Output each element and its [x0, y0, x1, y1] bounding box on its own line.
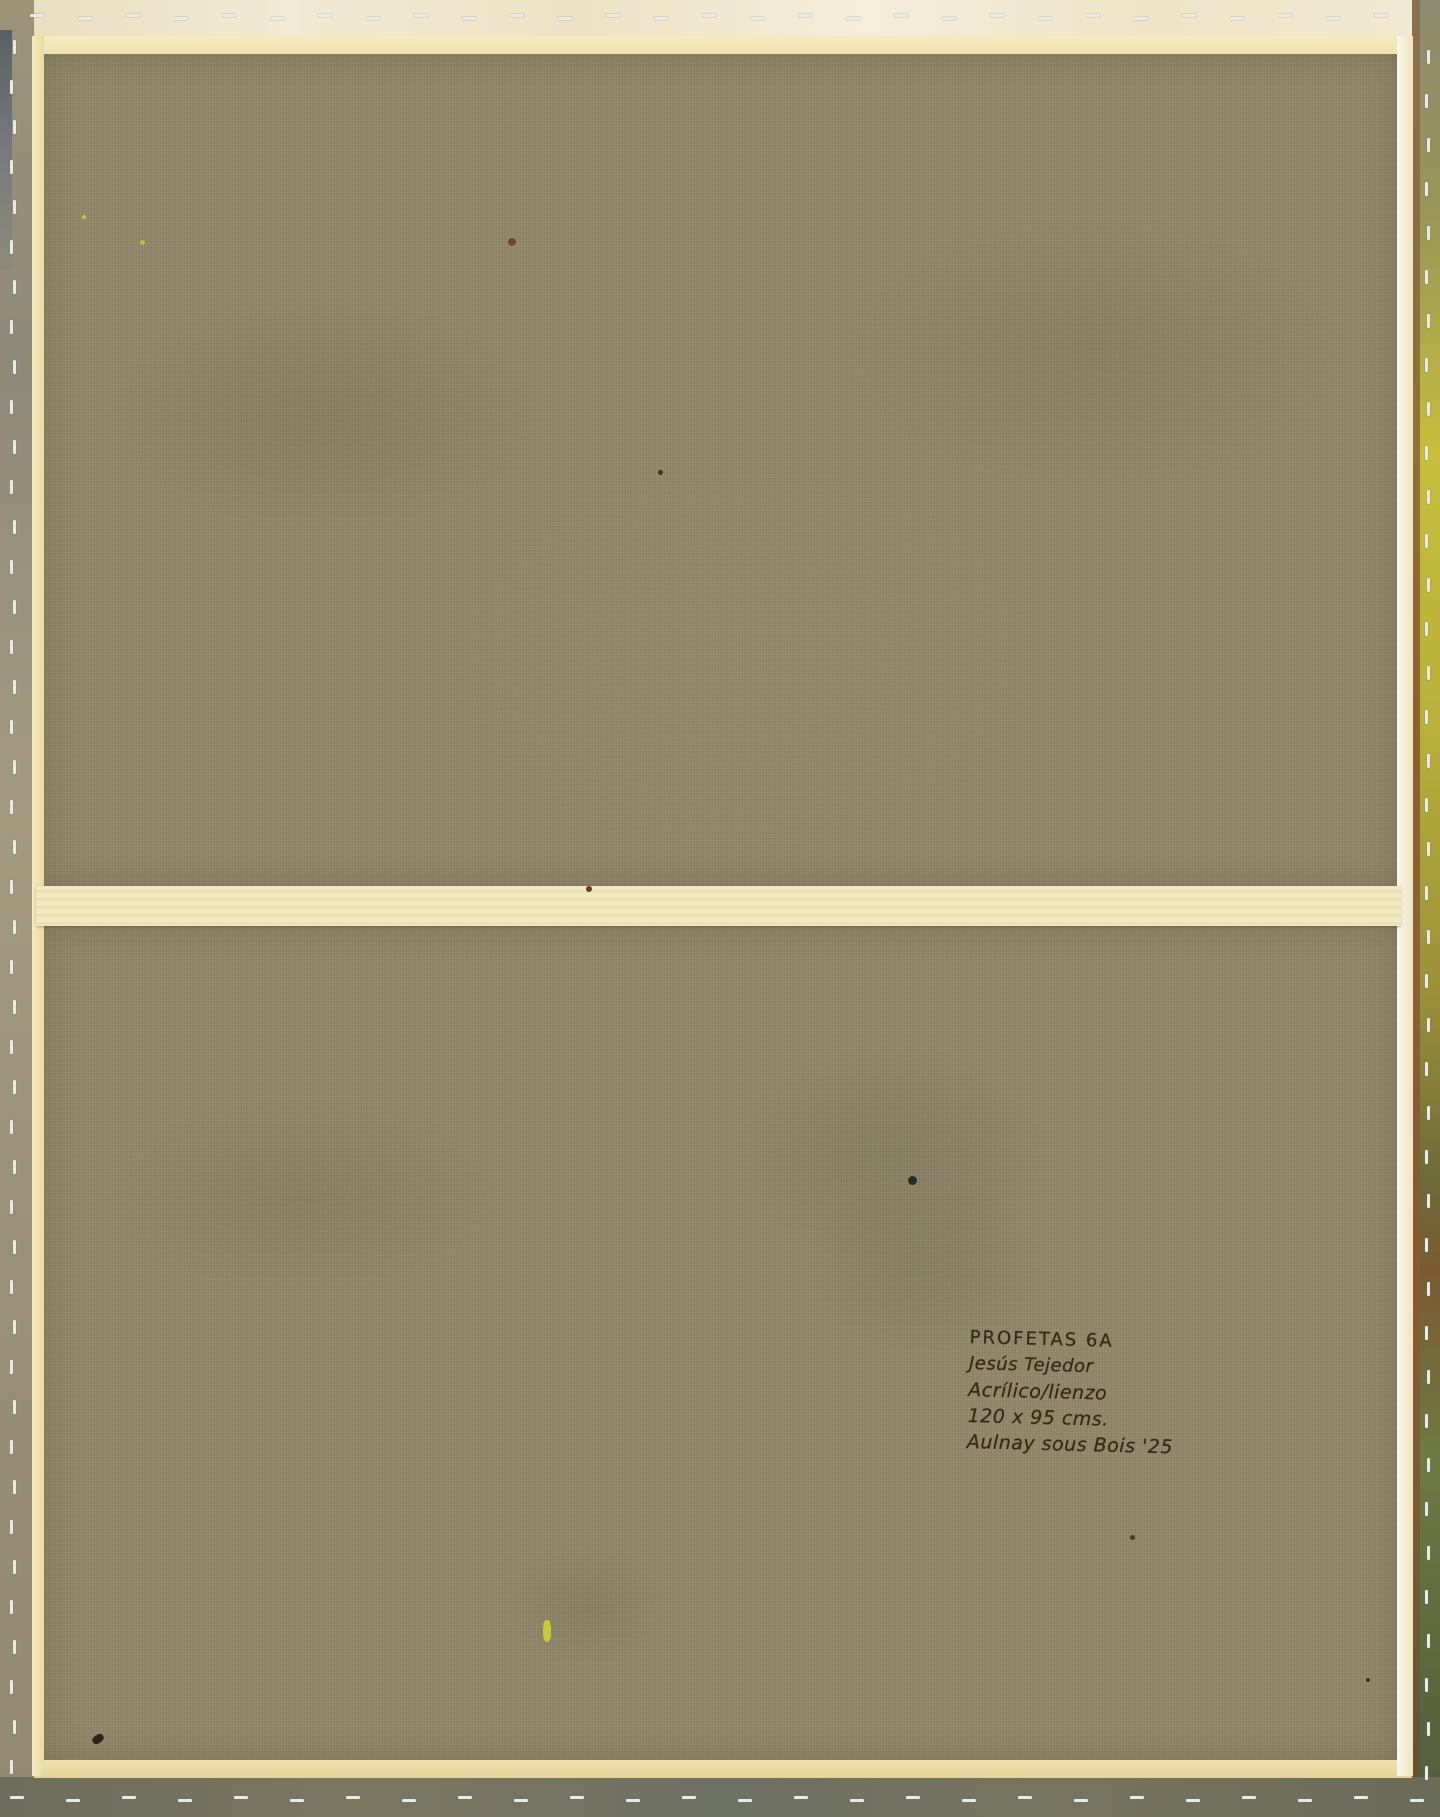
staple [1086, 14, 1100, 17]
staple [290, 1799, 304, 1802]
staple [10, 960, 13, 974]
staple [1427, 1458, 1430, 1472]
staple [1074, 1799, 1088, 1802]
staple [1425, 1238, 1428, 1252]
staple [1425, 1150, 1428, 1164]
staple [13, 200, 16, 214]
staple [78, 17, 92, 20]
staple [1425, 974, 1428, 988]
staple [1427, 138, 1430, 152]
staple [1427, 1722, 1430, 1736]
staple [1427, 314, 1430, 328]
staple [1425, 1766, 1428, 1780]
staple [1230, 17, 1244, 20]
staple [1427, 1282, 1430, 1296]
staple [13, 1240, 16, 1254]
staple [13, 600, 16, 614]
staple [13, 520, 16, 534]
staple [1425, 94, 1428, 108]
staple [13, 840, 16, 854]
staple [1427, 842, 1430, 856]
staple [1425, 358, 1428, 372]
stretcher-bar-top [34, 36, 1412, 54]
staple [10, 1680, 13, 1694]
staple [906, 1796, 920, 1799]
staple [13, 920, 16, 934]
staple [606, 14, 620, 17]
staple [1427, 754, 1430, 768]
staple [626, 1799, 640, 1802]
staple [894, 14, 908, 17]
staple [10, 1520, 13, 1534]
staple [10, 1120, 13, 1134]
staple [738, 1799, 752, 1802]
staple [1427, 930, 1430, 944]
staple [13, 680, 16, 694]
staple [13, 280, 16, 294]
staple [318, 14, 332, 17]
staple [1427, 1546, 1430, 1560]
staple [1425, 1062, 1428, 1076]
handwritten-inscription: PROFETAS 6A Jesús Tejedor Acrílico/lienz… [967, 1325, 1210, 1461]
staple [1427, 226, 1430, 240]
staple [1427, 1370, 1430, 1384]
staple [1427, 666, 1430, 680]
staple [1427, 50, 1430, 64]
staple [850, 1799, 864, 1802]
staple [10, 800, 13, 814]
staple [1130, 1796, 1144, 1799]
staple [10, 480, 13, 494]
staple [13, 40, 16, 54]
staple [30, 14, 44, 17]
staple [13, 1080, 16, 1094]
staple [126, 14, 140, 17]
paint-spot [1130, 1535, 1135, 1540]
staple [514, 1799, 528, 1802]
staple [10, 1200, 13, 1214]
staple [122, 1796, 136, 1799]
staple [1425, 798, 1428, 812]
folded-canvas-edge-top [0, 0, 1440, 36]
staple [178, 1799, 192, 1802]
staple [13, 1480, 16, 1494]
staple [990, 14, 1004, 17]
staple [1182, 14, 1196, 17]
staple [13, 1400, 16, 1414]
staple [1278, 14, 1292, 17]
staple [13, 360, 16, 374]
staple [10, 320, 13, 334]
staple [1427, 1018, 1430, 1032]
paint-spot [82, 215, 86, 219]
staple [10, 160, 13, 174]
folded-canvas-edge-left [0, 0, 34, 1817]
staple [10, 640, 13, 654]
staple [10, 1796, 24, 1799]
staple [402, 1799, 416, 1802]
staple [1425, 182, 1428, 196]
staple [270, 17, 284, 20]
staple [1427, 1106, 1430, 1120]
staple [10, 240, 13, 254]
staple [234, 1796, 248, 1799]
staple [10, 1440, 13, 1454]
staple [794, 1796, 808, 1799]
staple [13, 760, 16, 774]
staple [962, 1799, 976, 1802]
staple [1427, 1194, 1430, 1208]
staple [1425, 886, 1428, 900]
staple [10, 1360, 13, 1374]
staple [846, 17, 860, 20]
staple [1425, 534, 1428, 548]
staple [414, 14, 428, 17]
staple [13, 440, 16, 454]
staple [1425, 1414, 1428, 1428]
staple [1425, 622, 1428, 636]
staple [13, 120, 16, 134]
staple [1425, 1678, 1428, 1692]
paint-spot [586, 886, 592, 892]
canvas-back-photo: PROFETAS 6A Jesús Tejedor Acrílico/lienz… [0, 0, 1440, 1817]
staple [570, 1796, 584, 1799]
staple [1425, 710, 1428, 724]
staple [1354, 1796, 1368, 1799]
staple [13, 1720, 16, 1734]
staple [66, 1799, 80, 1802]
staple [1425, 1590, 1428, 1604]
staple [1410, 1799, 1424, 1802]
staple [1326, 17, 1340, 20]
staple [1427, 402, 1430, 416]
staple [10, 1280, 13, 1294]
paint-spot [908, 1176, 917, 1185]
staple [1427, 1634, 1430, 1648]
staple [13, 1560, 16, 1574]
staple [10, 720, 13, 734]
staple [1298, 1799, 1312, 1802]
paint-spot [658, 470, 663, 475]
folded-canvas-edge-bottom [0, 1777, 1440, 1817]
staple [654, 17, 668, 20]
staple [13, 1160, 16, 1174]
staple [558, 17, 572, 20]
staple [346, 1796, 360, 1799]
paint-spot [543, 1620, 551, 1642]
staple [1374, 14, 1388, 17]
staple [682, 1796, 696, 1799]
staple [10, 1040, 13, 1054]
staple [13, 1000, 16, 1014]
staple [366, 17, 380, 20]
staple [750, 17, 764, 20]
staple [1425, 1502, 1428, 1516]
staple [10, 1760, 13, 1774]
staple [1134, 17, 1148, 20]
staple [1186, 1799, 1200, 1802]
staple [13, 1640, 16, 1654]
staple [174, 17, 188, 20]
paint-spot [508, 238, 516, 246]
paint-spot [1366, 1678, 1370, 1682]
staple [10, 400, 13, 414]
staple [13, 1320, 16, 1334]
staple [1018, 1796, 1032, 1799]
staple [942, 17, 956, 20]
stretcher-bar-bottom [34, 1760, 1412, 1778]
staple [10, 880, 13, 894]
staple [458, 1796, 472, 1799]
staple [1425, 270, 1428, 284]
staple [222, 14, 236, 17]
staple [462, 17, 476, 20]
paint-spot [140, 240, 145, 245]
staple [10, 80, 13, 94]
staple [1427, 578, 1430, 592]
stretcher-crossbar [36, 886, 1401, 926]
staple [798, 14, 812, 17]
staple [10, 1600, 13, 1614]
staple [1425, 446, 1428, 460]
staple [10, 560, 13, 574]
staple [1242, 1796, 1256, 1799]
staple [1427, 490, 1430, 504]
linen-panel-upper [44, 54, 1397, 886]
staple [510, 14, 524, 17]
staple [1038, 17, 1052, 20]
staple [702, 14, 716, 17]
staple [1425, 1326, 1428, 1340]
